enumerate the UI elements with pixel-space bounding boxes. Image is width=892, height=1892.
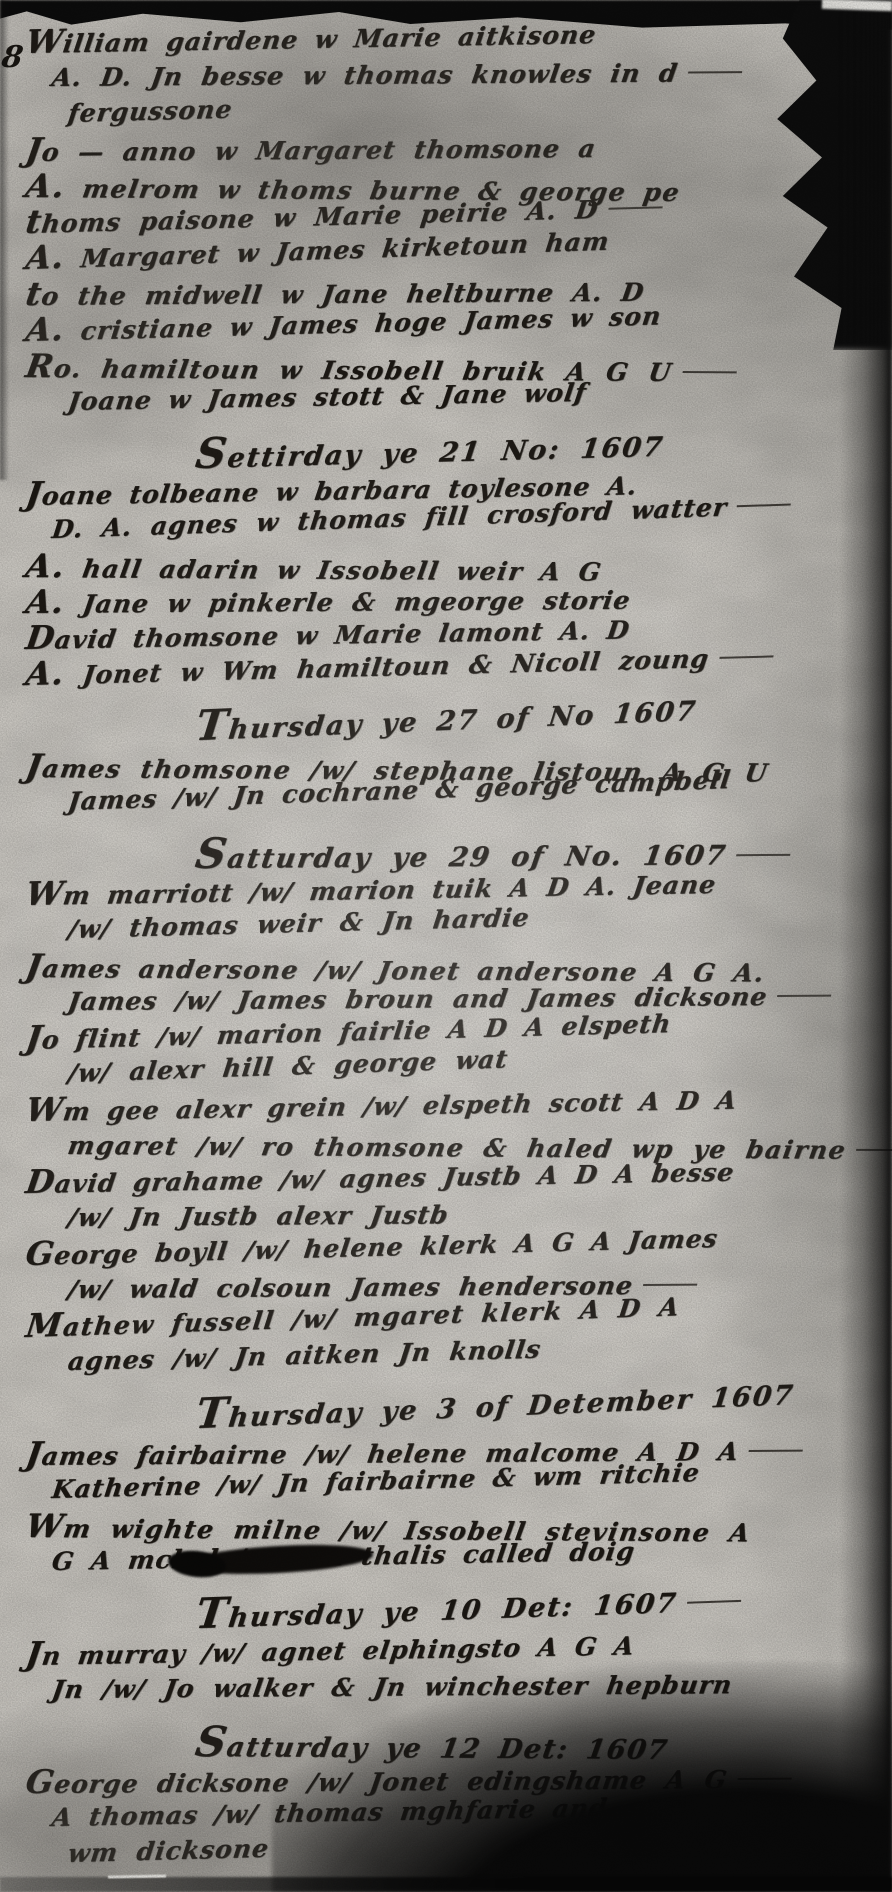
scan-edge-right-shadow [840, 0, 892, 1892]
date-heading-line: Thursday ye 27 of No 1607 [194, 680, 892, 744]
date-heading-line: Thursday ye 3 of Detember 1607 [194, 1368, 892, 1432]
register-entry-line: Jo — anno w Margaret thomsone a [23, 126, 892, 168]
scan-edge-left-shadow [0, 0, 9, 480]
manuscript-scan: 8 William gairdene w Marie aitkisoneA. D… [0, 0, 892, 1892]
manuscript-text: William gairdene w Marie aitkisoneA. D. … [0, 0, 892, 1872]
scan-edge-bottom [0, 1877, 892, 1892]
scan-shadow-bottom-right [272, 1662, 892, 1892]
